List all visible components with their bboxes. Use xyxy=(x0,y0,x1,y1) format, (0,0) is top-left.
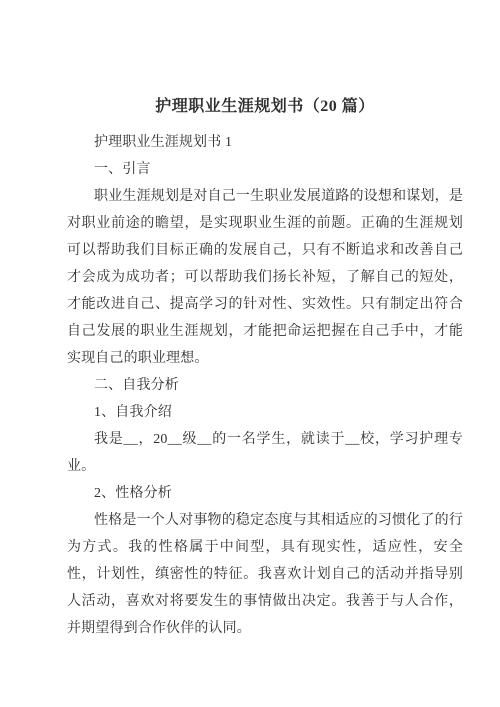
document-subtitle: 护理职业生涯规划书 1 xyxy=(67,129,463,156)
section-heading-self-analysis: 二、自我分析 xyxy=(67,372,463,399)
paragraph-self-introduction: 我是__，20__级__的一名学生，就读于__校，学习护理专业。 xyxy=(67,426,463,480)
section-heading-self-introduction: 1、自我介绍 xyxy=(67,399,463,426)
section-heading-introduction: 一、引言 xyxy=(67,156,463,183)
section-heading-personality-analysis: 2、性格分析 xyxy=(67,480,463,507)
document-page: 护理职业生涯规划书（20 篇） 护理职业生涯规划书 1 一、引言 职业生涯规划是… xyxy=(0,0,500,707)
paragraph-introduction: 职业生涯规划是对自己一生职业发展道路的设想和谋划，是对职业前途的瞻望，是实现职业… xyxy=(67,183,463,372)
document-title: 护理职业生涯规划书（20 篇） xyxy=(67,93,463,120)
paragraph-personality-analysis: 性格是一个人对事物的稳定态度与其相适应的习惯化了的行为方式。我的性格属于中间型，… xyxy=(67,507,463,642)
